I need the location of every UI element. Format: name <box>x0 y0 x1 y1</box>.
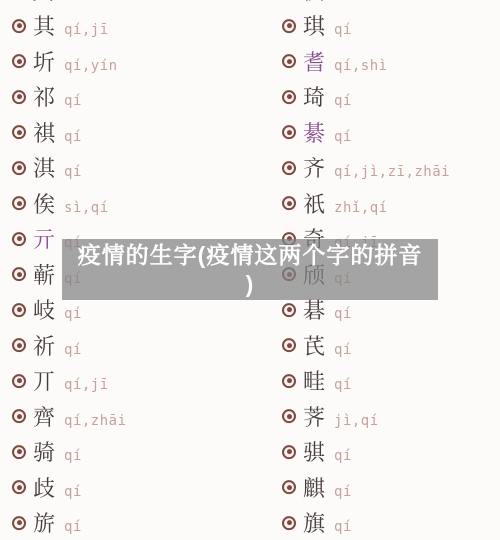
character-link[interactable]: 旂 <box>33 511 55 536</box>
pinyin-text: qí <box>334 129 352 145</box>
pinyin-text: qí <box>334 519 352 535</box>
character-link[interactable]: 綦 <box>303 121 325 146</box>
character-row: 俟sì,qí <box>12 187 250 223</box>
bullet-target-icon <box>12 480 26 494</box>
bullet-target-icon <box>12 196 26 210</box>
character-link[interactable]: 祁 <box>33 85 55 110</box>
bullet-dot <box>17 165 22 170</box>
character-link[interactable]: 骐 <box>303 440 325 465</box>
bullet-dot <box>17 449 22 454</box>
bullet-dot <box>17 23 22 28</box>
bullet-dot <box>287 201 292 206</box>
pinyin-text: qí <box>64 484 82 500</box>
character-row: 淇qí <box>12 151 250 187</box>
character-row: 骐qí <box>282 435 500 471</box>
bullet-dot <box>17 236 22 241</box>
character-link[interactable]: 琪 <box>303 14 325 39</box>
character-link[interactable]: 齊 <box>33 405 55 430</box>
bullet-target-icon <box>282 161 296 175</box>
bullet-dot <box>17 520 22 525</box>
character-list-page: 萁 棋 其qí,jī圻qí,yín祁qí祺qí淇qí俟sì,qí亓qí蕲qí岐q… <box>0 0 500 540</box>
pinyin-text: qí <box>334 448 352 464</box>
bullet-target-icon <box>282 445 296 459</box>
bullet-target-icon <box>12 125 26 139</box>
character-link[interactable]: 骑 <box>33 440 55 465</box>
character-link[interactable]: 祈 <box>33 334 55 359</box>
pinyin-text: qí <box>64 306 82 322</box>
bullet-dot <box>287 59 292 64</box>
pinyin-text: qí,jī <box>64 377 109 393</box>
bullet-dot <box>17 378 22 383</box>
character-row: 祇zhǐ,qí <box>282 187 500 223</box>
watermark-title-overlay: 疫情的生字(疫情这两个字的拼音 ) <box>62 239 438 300</box>
character-row: 祈qí <box>12 329 250 365</box>
bullet-target-icon <box>12 516 26 530</box>
character-link[interactable]: 歧 <box>33 476 55 501</box>
bullet-dot <box>17 201 22 206</box>
character-link[interactable]: 岐 <box>33 298 55 323</box>
bullet-target-icon <box>12 19 26 33</box>
bullet-target-icon <box>282 338 296 352</box>
pinyin-text: qí <box>334 306 352 322</box>
character-link[interactable]: 齐 <box>303 156 325 181</box>
character-row: 祺qí <box>12 116 250 152</box>
pinyin-text: qí <box>334 377 352 393</box>
pinyin-text: qí <box>64 342 82 358</box>
pinyin-text: qí <box>334 93 352 109</box>
character-row: 芪qí <box>282 329 500 365</box>
character-row: 其qí,jī <box>12 9 250 45</box>
character-link[interactable]: 琦 <box>303 85 325 110</box>
character-row: 耆qí,shì <box>282 45 500 81</box>
bullet-dot <box>287 414 292 419</box>
character-row: 丌qí,jī <box>12 364 250 400</box>
character-link[interactable]: 芪 <box>303 334 325 359</box>
character-row: 琦qí <box>282 80 500 116</box>
pinyin-text: qí,jī <box>64 22 109 38</box>
pinyin-text: sì,qí <box>64 200 109 216</box>
pinyin-text: qí,yín <box>64 58 118 74</box>
bullet-dot <box>287 520 292 525</box>
bullet-dot <box>287 94 292 99</box>
character-row: 齊qí,zhāi <box>12 400 250 436</box>
pinyin-text: qí <box>64 519 82 535</box>
cutoff-character-top-left: 萁 <box>32 0 54 3</box>
bullet-target-icon <box>12 90 26 104</box>
character-row: 祁qí <box>12 80 250 116</box>
character-row: 琪qí <box>282 9 500 45</box>
bullet-dot <box>287 343 292 348</box>
bullet-dot <box>287 378 292 383</box>
pinyin-text: qí <box>64 129 82 145</box>
bullet-dot <box>17 130 22 135</box>
character-link[interactable]: 亓 <box>33 227 55 252</box>
character-row: 歧qí <box>12 471 250 507</box>
character-link[interactable]: 祺 <box>33 121 55 146</box>
character-link[interactable]: 畦 <box>303 369 325 394</box>
bullet-dot <box>17 343 22 348</box>
character-row: 圻qí,yín <box>12 45 250 81</box>
bullet-target-icon <box>12 54 26 68</box>
bullet-target-icon <box>282 516 296 530</box>
character-link[interactable]: 荠 <box>303 405 325 430</box>
character-row: 旗qí <box>282 506 500 540</box>
character-row: 齐qí,jì,zī,zhāi <box>282 151 500 187</box>
character-link[interactable]: 俟 <box>33 192 55 217</box>
watermark-title-line1: 疫情的生字(疫情这两个字的拼音 <box>62 241 438 270</box>
character-link[interactable]: 碁 <box>303 298 325 323</box>
pinyin-text: qí <box>334 484 352 500</box>
character-row: 麒qí <box>282 471 500 507</box>
character-link[interactable]: 圻 <box>33 50 55 75</box>
bullet-target-icon <box>282 303 296 317</box>
character-row: 荠jì,qí <box>282 400 500 436</box>
pinyin-text: zhǐ,qí <box>334 200 388 216</box>
cutoff-character-top-right: 棋 <box>302 0 324 3</box>
bullet-dot <box>287 449 292 454</box>
pinyin-text: qí,shì <box>334 58 388 74</box>
character-row: 綦qí <box>282 116 500 152</box>
bullet-target-icon <box>12 374 26 388</box>
bullet-target-icon <box>282 54 296 68</box>
bullet-target-icon <box>282 409 296 423</box>
character-row: 旂qí <box>12 506 250 540</box>
bullet-dot <box>17 94 22 99</box>
bullet-target-icon <box>282 196 296 210</box>
character-link[interactable]: 丌 <box>33 369 55 394</box>
character-link[interactable]: 蕲 <box>33 263 55 288</box>
pinyin-text: qí <box>64 448 82 464</box>
bullet-dot <box>17 414 22 419</box>
character-link[interactable]: 耆 <box>303 50 325 75</box>
pinyin-text: qí <box>64 164 82 180</box>
pinyin-text: qí <box>334 342 352 358</box>
bullet-target-icon <box>12 303 26 317</box>
pinyin-text: qí,jì,zī,zhāi <box>334 164 450 180</box>
pinyin-text: jì,qí <box>334 413 379 429</box>
character-link[interactable]: 淇 <box>33 156 55 181</box>
character-link[interactable]: 麒 <box>303 476 325 501</box>
bullet-target-icon <box>282 374 296 388</box>
bullet-target-icon <box>282 90 296 104</box>
bullet-target-icon <box>12 409 26 423</box>
pinyin-text: qí,zhāi <box>64 413 127 429</box>
bullet-dot <box>287 485 292 490</box>
watermark-title-line2: ) <box>62 270 438 299</box>
character-row: 畦qí <box>282 364 500 400</box>
bullet-dot <box>17 272 22 277</box>
pinyin-text: qí <box>334 22 352 38</box>
bullet-target-icon <box>12 267 26 281</box>
bullet-dot <box>287 165 292 170</box>
character-link[interactable]: 其 <box>33 14 55 39</box>
pinyin-text: qí <box>64 93 82 109</box>
bullet-dot <box>287 130 292 135</box>
character-row: 骑qí <box>12 435 250 471</box>
bullet-target-icon <box>282 19 296 33</box>
bullet-dot <box>287 23 292 28</box>
bullet-dot <box>17 307 22 312</box>
character-link[interactable]: 祇 <box>303 192 325 217</box>
bullet-target-icon <box>12 161 26 175</box>
bullet-target-icon <box>12 338 26 352</box>
bullet-dot <box>17 485 22 490</box>
bullet-target-icon <box>282 480 296 494</box>
bullet-target-icon <box>12 445 26 459</box>
bullet-dot <box>17 59 22 64</box>
bullet-target-icon <box>12 232 26 246</box>
bullet-target-icon <box>282 125 296 139</box>
bullet-dot <box>287 307 292 312</box>
character-link[interactable]: 旗 <box>303 511 325 536</box>
